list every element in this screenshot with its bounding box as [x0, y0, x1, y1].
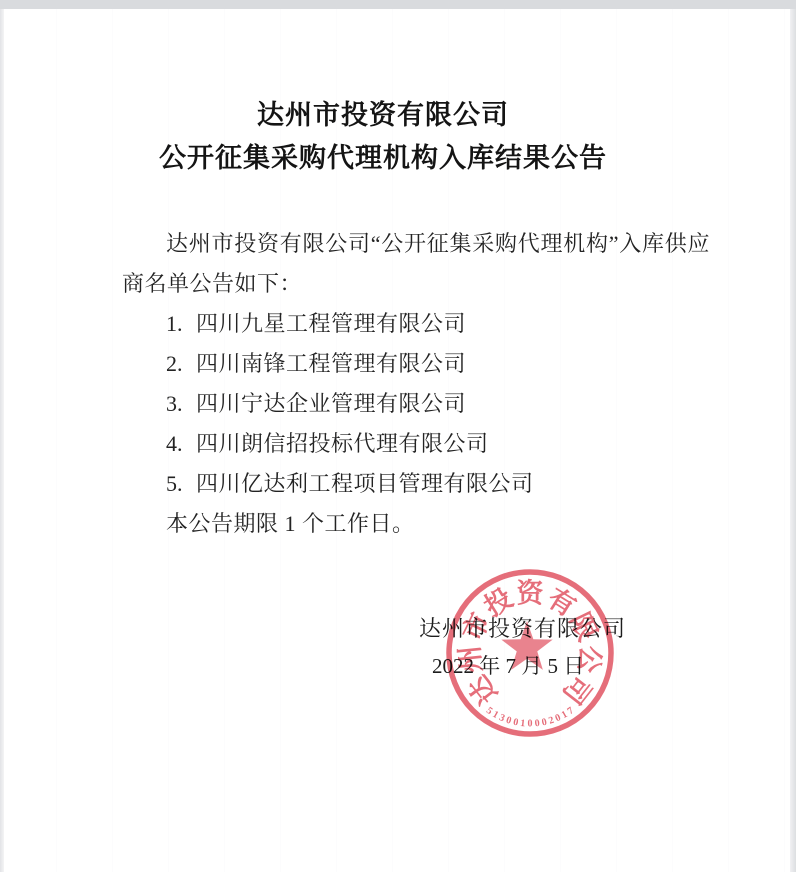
seal-serial-char: 2 — [547, 715, 555, 727]
list-item-number: 2. — [166, 344, 196, 384]
list-item-number: 5. — [166, 464, 196, 504]
list-item-number: 1. — [166, 304, 196, 344]
list-item-number: 3. — [166, 384, 196, 424]
scan-top-edge — [0, 0, 796, 9]
document-body: 达州市投资有限公司“公开征集采购代理机构”入库供应商名单公告如下： 1.四川九星… — [122, 224, 710, 544]
seal-serial-char: 0 — [512, 717, 519, 729]
list-item-name: 四川九星工程管理有限公司 — [196, 311, 466, 336]
seal-serial-char: 1 — [520, 718, 526, 729]
signature-company: 达州市投资有限公司 — [419, 616, 626, 642]
seal-serial-char: 0 — [505, 715, 513, 727]
seal-serial-char: 7 — [566, 705, 576, 717]
supplier-list: 1.四川九星工程管理有限公司2.四川南锋工程管理有限公司3.四川宁达企业管理有限… — [166, 304, 710, 504]
scan-right-edge — [790, 9, 796, 872]
list-item-name: 四川南锋工程管理有限公司 — [196, 351, 466, 376]
list-item: 2.四川南锋工程管理有限公司 — [166, 344, 710, 384]
list-item-number: 4. — [166, 424, 196, 464]
list-item-name: 四川朗信招投标代理有限公司 — [196, 431, 489, 456]
list-item: 3.四川宁达企业管理有限公司 — [166, 384, 710, 424]
list-item: 5.四川亿达利工程项目管理有限公司 — [166, 464, 710, 504]
seal-ring-text-char: 资 — [517, 577, 545, 608]
title-line-2: 公开征集采购代理机构入库结果公告 — [0, 137, 766, 180]
seal-serial-char: 5 — [484, 705, 494, 717]
list-item: 4.四川朗信招投标代理有限公司 — [166, 424, 710, 464]
document-title: 达州市投资有限公司 公开征集采购代理机构入库结果公告 — [0, 94, 766, 180]
seal-serial-char: 0 — [534, 718, 540, 729]
seal-serial-char: 0 — [528, 719, 533, 730]
period-note: 本公告期限 1 个工作日。 — [166, 504, 710, 544]
seal-serial-char: 1 — [491, 709, 501, 721]
list-item-name: 四川亿达利工程项目管理有限公司 — [196, 471, 534, 496]
seal-serial-char: 0 — [541, 717, 548, 729]
title-line-1: 达州市投资有限公司 — [0, 94, 766, 137]
intro-paragraph: 达州市投资有限公司“公开征集采购代理机构”入库供应商名单公告如下： — [122, 224, 710, 304]
seal-serial-char: 3 — [497, 712, 506, 724]
list-item-name: 四川宁达企业管理有限公司 — [196, 391, 466, 416]
seal-serial-char: 1 — [560, 709, 570, 721]
seal-serial-char: 0 — [554, 712, 563, 724]
signature-date: 2022 年 7 月 5 日 — [432, 653, 584, 679]
list-item: 1.四川九星工程管理有限公司 — [166, 304, 710, 344]
